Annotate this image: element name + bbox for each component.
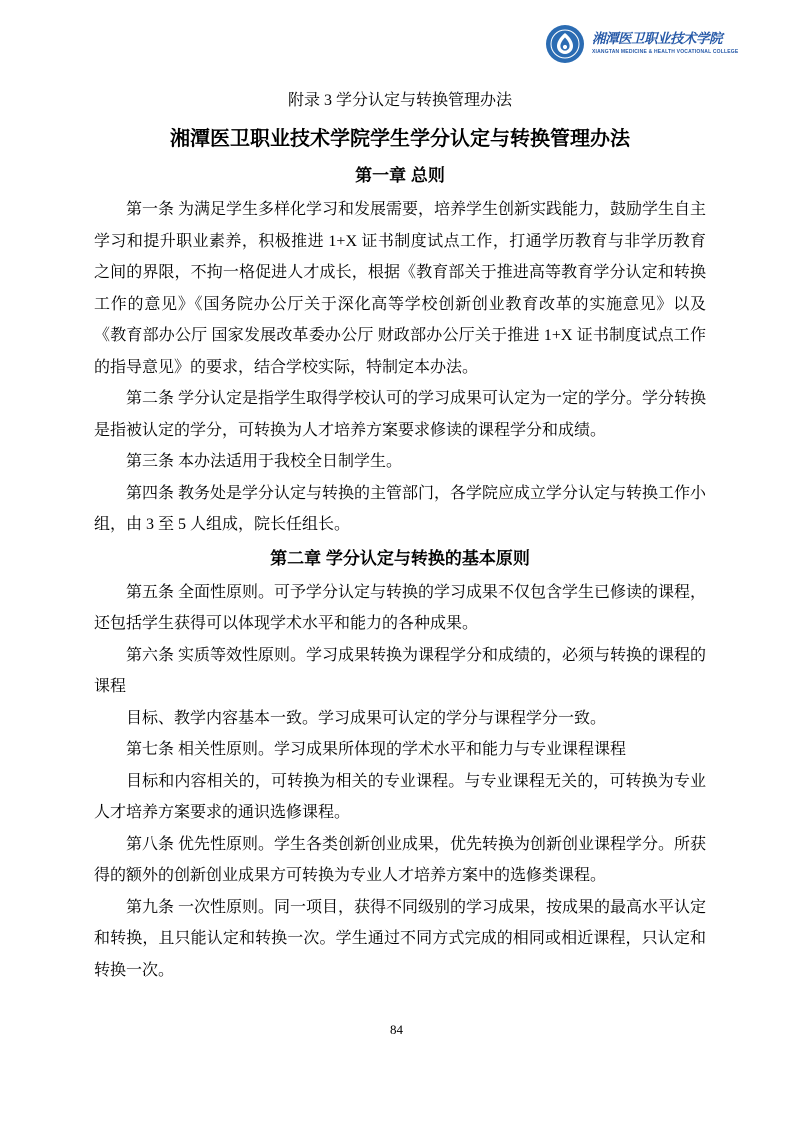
body-paragraph: 第九条 一次性原则。同一项目，获得不同级别的学习成果，按成果的最高水平认定和转换… [94, 892, 706, 987]
college-emblem-icon [545, 24, 585, 64]
document-content: 附录 3 学分认定与转换管理办法 湘潭医卫职业技术学院学生学分认定与转换管理办法… [94, 88, 706, 986]
body-paragraph: 第五条 全面性原则。可予学分认定与转换的学习成果不仅包含学生已修读的课程，还包括… [94, 577, 706, 640]
appendix-heading: 附录 3 学分认定与转换管理办法 [94, 88, 706, 114]
college-logo: 湘潭医卫职业技术学院 XIANGTAN MEDICINE & HEALTH VO… [545, 24, 738, 64]
chapter-heading: 第二章 学分认定与转换的基本原则 [94, 541, 706, 577]
body-paragraph: 第八条 优先性原则。学生各类创新创业成果，优先转换为创新创业课程学分。所获得的额… [94, 829, 706, 892]
document-title: 湘潭医卫职业技术学院学生学分认定与转换管理办法 [94, 120, 706, 158]
college-logo-text: 湘潭医卫职业技术学院 XIANGTAN MEDICINE & HEALTH VO… [592, 33, 738, 55]
body-paragraph: 第六条 实质等效性原则。学习成果转换为课程学分和成绩的，必须与转换的课程的课程 [94, 640, 706, 703]
document-body: 第一章 总则第一条 为满足学生多样化学习和发展需要，培养学生创新实践能力，鼓励学… [94, 158, 706, 986]
body-paragraph: 目标和内容相关的，可转换为相关的专业课程。与专业课程无关的，可转换为专业人才培养… [94, 766, 706, 829]
body-paragraph: 第一条 为满足学生多样化学习和发展需要，培养学生创新实践能力，鼓励学生自主学习和… [94, 194, 706, 383]
page-number: 84 [0, 1022, 793, 1038]
body-paragraph: 第三条 本办法适用于我校全日制学生。 [94, 446, 706, 478]
chapter-heading: 第一章 总则 [94, 158, 706, 194]
body-paragraph: 目标、教学内容基本一致。学习成果可认定的学分与课程学分一致。 [94, 703, 706, 735]
body-paragraph: 第二条 学分认定是指学生取得学校认可的学习成果可认定为一定的学分。学分转换是指被… [94, 383, 706, 446]
college-name-en: XIANGTAN MEDICINE & HEALTH VOCATIONAL CO… [592, 50, 738, 55]
document-page: 湘潭医卫职业技术学院 XIANGTAN MEDICINE & HEALTH VO… [0, 0, 793, 1122]
college-name-zh: 湘潭医卫职业技术学院 [592, 33, 738, 47]
body-paragraph: 第七条 相关性原则。学习成果所体现的学术水平和能力与专业课程课程 [94, 734, 706, 766]
body-paragraph: 第四条 教务处是学分认定与转换的主管部门，各学院应成立学分认定与转换工作小组，由… [94, 478, 706, 541]
